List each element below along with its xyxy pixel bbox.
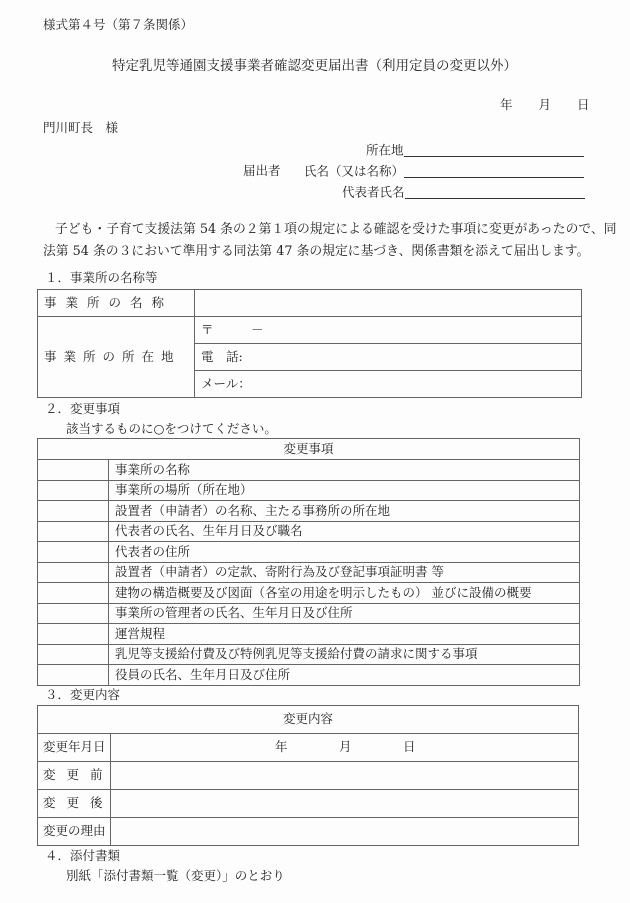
change-item: 設置者（申請者）の定款、寄附行為及び登記事項証明書 等 (109, 562, 580, 583)
applicant-address-row: 所在地 (366, 144, 584, 157)
checkbox-cell[interactable] (38, 562, 109, 583)
attachments-text: 別紙「添付書類一覧（変更）」のとおり (66, 870, 285, 883)
checkbox-cell[interactable] (38, 501, 109, 522)
change-date-year: 年 (275, 741, 339, 754)
date-month: 月 (539, 97, 552, 112)
date-year: 年 (500, 97, 513, 112)
change-item: 乳児等支援給付費及び特例乳児等支援給付費の請求に関する事項 (109, 644, 580, 665)
date-day: 日 (577, 97, 590, 112)
checkbox-cell[interactable] (38, 521, 109, 542)
section1-heading: １．事業所の名称等 (45, 272, 158, 285)
applicant-name-row: 氏名（又は名称） (304, 165, 584, 178)
facility-info-table: 事業所の名称 事業所の所在地 〒 － 電 話: メール： (37, 289, 582, 398)
representative-row: 代表者氏名 (342, 186, 585, 199)
change-items-table: 変更事項 事業所の名称 事業所の場所（所在地） 設置者（申請者）の名称、主たる事… (37, 438, 580, 686)
checkbox-cell[interactable] (38, 542, 109, 563)
address-label: 所在地 (366, 143, 404, 158)
checkbox-cell[interactable] (38, 624, 109, 645)
checkbox-cell[interactable] (38, 665, 109, 686)
representative-field[interactable] (405, 186, 585, 199)
checkbox-cell[interactable] (38, 583, 109, 604)
applicant-label: 届出者 (243, 165, 281, 178)
change-item: 事業所の名称 (109, 460, 580, 481)
checkbox-cell[interactable] (38, 460, 109, 481)
reason-field[interactable] (111, 818, 579, 846)
facility-name-label: 事業所の名称 (38, 290, 195, 317)
change-item: 設置者（申請者）の名称、主たる事務所の所在地 (109, 501, 580, 522)
name-field[interactable] (404, 165, 584, 178)
after-field[interactable] (111, 790, 579, 818)
representative-label: 代表者氏名 (342, 185, 405, 200)
change-item: 事業所の管理者の氏名、生年月日及び住所 (109, 603, 580, 624)
form-number: 様式第４号（第７条関係） (43, 19, 193, 32)
change-date-day: 日 (403, 741, 467, 754)
address-field[interactable] (404, 144, 584, 157)
change-date-label: 変更年月日 (38, 734, 111, 762)
name-label: 氏名（又は名称） (304, 164, 404, 179)
intro-line-1: 子ども・子育て支援法第 54 条の２第１項の規定による確認を受けた事項に変更があ… (55, 224, 617, 237)
phone-field[interactable]: 電 話: (195, 344, 582, 371)
after-label: 変更後 (38, 790, 111, 818)
document-title: 特定乳児等通園支援事業者確認変更届出書（利用定員の変更以外） (112, 60, 517, 74)
facility-location-label: 事業所の所在地 (38, 317, 195, 398)
section2-heading: ２．変更事項 (45, 403, 120, 416)
section2-instruction: 該当するものに○をつけてください。 (66, 423, 277, 436)
change-item: 建物の構造概要及び図面（各室の用途を明示したもの） 並びに設備の概要 (109, 583, 580, 604)
change-item: 事業所の場所（所在地） (109, 480, 580, 501)
before-label: 変更前 (38, 762, 111, 790)
change-details-header: 変更内容 (38, 706, 579, 734)
section3-heading: ３．変更内容 (45, 689, 120, 702)
change-item: 運営規程 (109, 624, 580, 645)
checkbox-cell[interactable] (38, 480, 109, 501)
change-items-header: 変更事項 (38, 439, 580, 460)
change-item: 代表者の氏名、生年月日及び職名 (109, 521, 580, 542)
change-details-table: 変更内容 変更年月日 年月日 変更前 変更後 変更の理由 (37, 705, 579, 846)
change-item: 代表者の住所 (109, 542, 580, 563)
intro-line-2: 法第 54 条の３において準用する同法第 47 条の規定に基づき、関係書類を添え… (43, 246, 589, 259)
change-date-field[interactable]: 年月日 (111, 734, 579, 762)
checkbox-cell[interactable] (38, 603, 109, 624)
change-date-month: 月 (339, 741, 403, 754)
before-field[interactable] (111, 762, 579, 790)
addressee: 門川町長 様 (43, 122, 118, 135)
email-field[interactable]: メール： (195, 371, 582, 398)
section4-heading: ４．添付書類 (45, 850, 120, 863)
postal-code-field[interactable]: 〒 － (195, 317, 582, 344)
reason-label: 変更の理由 (38, 818, 111, 846)
checkbox-cell[interactable] (38, 644, 109, 665)
submission-date: 年 月 日 (500, 99, 590, 112)
facility-name-field[interactable] (195, 290, 582, 317)
change-item: 役員の氏名、生年月日及び住所 (109, 665, 580, 686)
